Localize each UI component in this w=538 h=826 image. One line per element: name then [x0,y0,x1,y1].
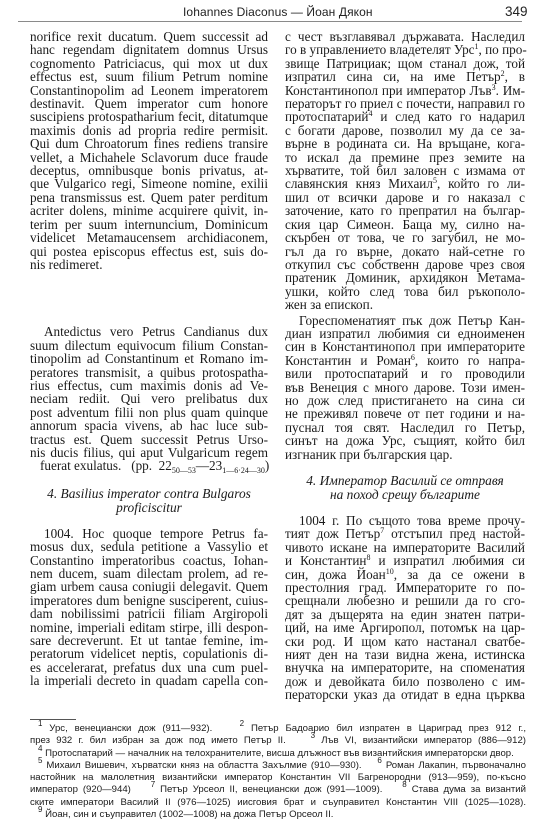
text-line: acriter dolens, minime acquirere quivit,… [30,204,268,217]
text-line: post adventum filii non plus quam quinqu… [30,406,268,419]
text-line: то искал да премине през земите на [285,151,525,164]
bulgarian-paragraph-2: Гореспоменатият пък дож Петър Кан-диан и… [285,314,525,461]
latin-citation-tail: fuerat exulatus. [40,458,121,473]
text-line: го в управлението владетелят Урс1, по пр… [285,43,525,56]
text-line: la imperiali decreto in quadam capella c… [30,674,268,687]
footnote-line: 5 Михаил Вишевич, хърватски княз на обла… [30,760,526,772]
text-line: cognomento Patriciacus, qui mox ut dux [30,57,268,70]
text-line: hanc regendam dignitatem domnus Ursus [30,43,268,56]
text-line: effectus est, suum filium Petrum nomine [30,70,268,83]
text-line: изпратил сина си, на име Петър2, в [285,70,525,83]
page-header: Iohannes Diaconus — Йоан Дякон 349 [0,0,538,24]
text-line: annorum spacia vivens, ab hac luce sub- [30,419,268,432]
page-number: 349 [505,4,528,19]
text-line: Константинопол при император Лъв3. Им- [285,84,525,97]
text-line: славянския княз Михаил5, който го ли- [285,177,525,190]
footnote-ref[interactable]: 10 [386,567,394,576]
text-line: Константин и Роман6, които го напра- [285,354,525,367]
latin-paragraph-1: norifice rexit ducatum. Quem successit a… [30,30,268,271]
text-line: Гореспоменатият пък дож Петър Кан- [285,314,525,327]
footnotes: 1 Урс, венециански дож (911—932). 2 Петъ… [30,723,526,821]
text-line: nem ducem, suam dilectam prolem, ad re- [30,567,268,580]
citation: (pp. 2250—53—231—6·24—30) [125,458,270,473]
latin-column: norifice rexit ducatum. Quem successit a… [30,30,268,688]
text-line: ушки, който след това бил ръкополо- [285,285,525,298]
text-line: вили протоспатарий и го проводили [285,367,525,380]
text-line: Qui dum Chroatorum fines rediens transir… [30,137,268,150]
text-line: deceptus, omnibusque bonis privatus, at- [30,164,268,177]
bulgarian-section-heading: 4. Император Василий се отправя на поход… [285,474,525,502]
text-line: скърбен от това, че го загубил, не мо- [285,231,525,244]
footnote-line: ските императори Василий II (976—1025) и… [30,797,526,809]
text-line: чивото искане на императорите Василий [285,541,525,554]
bulgarian-paragraph-3: 1004 г. По същото това време прочу-тият … [285,514,525,702]
text-line: tinopolim ad Constantinum et Romano im- [30,352,268,365]
text-line: с богати дарове, позволил му да се за- [285,124,525,137]
text-line: nis redimeret. [30,258,268,271]
text-line: синът на дожа Урс, същият, който бил [285,434,525,447]
spacer [30,515,268,527]
text-line: дят за дъщерята на един знатен патри- [285,608,525,621]
text-line: dam nobilissimi patricii filiam Argiropo… [30,607,268,620]
footnote-line: 4 Протоспатарий — началник на телохранит… [30,748,526,760]
text-line: жен за епископ. [285,298,525,311]
footnote-line: настойник на малолетния византийски импе… [30,772,526,784]
text-line: 1004 г. По същото това време прочу- [285,514,525,527]
text-line: шил от всички дарове и го наказал с [285,191,525,204]
text-line: син в Константинопол при императорите [285,340,525,353]
text-line: но дож след пристигането на сина си [285,394,525,407]
text-line: диан изпратил любимия си едноименен [285,327,525,340]
text-line: es accelerarat, prefatus dux una cum pue… [30,661,268,674]
text-line: norifice rexit ducatum. Quem successit a… [30,30,268,43]
text-line: suum dilectum equivocum filium Constan- [30,339,268,352]
text-line: престолния град. Императорите го по- [285,581,525,594]
text-line: 1004. Hoc quoque tempore Petrus fa- [30,527,268,540]
text-line: тият дож Петър7 отстъпил пред настой- [285,527,525,540]
footnote-line: 9 Йоан, син и съуправител (1002—1008) на… [30,809,526,821]
text-line: imperatores dum benigne susciperent, cui… [30,594,268,607]
text-line: terim per suum internuncium, Dominicum [30,218,268,231]
bulgarian-column: с чест възглавявал държавата. Наследилго… [285,30,525,702]
text-line: заточение, като го препратил на българ- [285,204,525,217]
text-line: nomine, imperiali editam stirpe, illi de… [30,621,268,634]
text-line: ператорски указ да отидат в една църква [285,688,525,701]
latin-section-heading: 4. Basilius imperator contra Bulgaros pr… [30,487,268,515]
text-line: не преживял повече от пет години и на- [285,407,525,420]
text-line: pena transmissus est. Quem pater perditu… [30,191,268,204]
text-line: Constantinopolim ad Leonem imperatorem [30,84,268,97]
text-line: изгнаник при българския цар. [285,448,525,461]
text-line: giam urbem causa coniugii delegavit. Que… [30,580,268,593]
header-rule [18,21,522,22]
text-line: във Венеция с много дарове. Този имен- [285,381,525,394]
text-line: peratorum videlicet neptis, copulationis… [30,647,268,660]
text-line: neciam rediit. Qui vero prelibatus dux [30,392,268,405]
text-line: с чест възглавявал държавата. Наследил [285,30,525,43]
text-line: ски род. И щом като настанал сватбе- [285,635,525,648]
text-line: и Константин8 и изпратил любимия си [285,554,525,567]
text-line: протоспатарий4 и след като го надарил [285,110,525,123]
latin-paragraph-3: 1004. Hoc quoque tempore Petrus fa-mosus… [30,527,268,688]
text-line: maximis donis ad propria redire permisit… [30,124,268,137]
text-line: срещнали любезно и решили да го сго- [285,594,525,607]
text-line: гъл да го върне, докато най-сетне го [285,245,525,258]
text-line: звище Патрициак; щом станал дож, той [285,57,525,70]
text-line: ператорът го приел с почести, направил г… [285,97,525,110]
text-line: vellet, a Michahele Sclavorum duce fraud… [30,151,268,164]
bulgarian-paragraph-1: с чест възглавявал държавата. Наследилго… [285,30,525,312]
text-line: Constantino imperatoribus coactus, Iohan… [30,554,268,567]
text-line: син, дожа Йоан10, за да се ожени в [285,568,525,581]
text-line: пуснал тоя свят. Наследил го Петър, [285,421,525,434]
text-line: откупил със собственн дарове чрез своя [285,258,525,271]
text-line: sare decreverunt. Et ut tantae femine, i… [30,634,268,647]
footnote-line: 1 Урс, венециански дож (911—932). 2 Петъ… [30,723,526,735]
text-line: ният ден на тази видна жена, истинска [285,648,525,661]
text-line: que Vulgarico regi, Simeone nomine, exil… [30,177,268,190]
text-line: videlicet Metamaucensem archidiaconem, [30,231,268,244]
text-line: ций, на име Аргиропол, потомък на цар- [285,621,525,634]
text-line: mosus dux, sedula petitione a Vassylio e… [30,540,268,553]
spacer [30,271,268,325]
text-line: ския цар Симеон. Баща му, силно на- [285,218,525,231]
text-line: tractus est. Quem successit Petrus Urso- [30,433,268,446]
text-line: suscipiens protospatharium fecit, ditatu… [30,110,268,123]
text-line: хърватите, той бил заловен с измама от [285,164,525,177]
text-line: qui postea episcopus effectus est, suis … [30,245,268,258]
running-title: Iohannes Diaconus — Йоан Дякон [183,5,373,19]
footnote-line: през 932 г. бил избран за дож под името … [30,735,526,747]
latin-paragraph-2: Antedictus vero Petrus Candianus duxsuum… [30,325,268,459]
text-line: внучка на императорите, на споменатия [285,661,525,674]
text-line: пратеник Доминик, архидякон Метама- [285,271,525,284]
text-line: peratores transmisit, a quibus protospat… [30,366,268,379]
text-line: върне в родината си. На връщане, кога- [285,137,525,150]
footnote-rule [30,719,76,720]
text-line: rius effectus, cum maximis donis ad Ve- [30,379,268,392]
footnote-line: император (920—944) 7 Петър Урсеол II, в… [30,784,526,796]
text-line: Antedictus vero Petrus Candianus dux [30,325,268,338]
text-line: дож и девойката било позволено с им- [285,675,525,688]
text-line: destinavit. Quem imperator cum honore [30,97,268,110]
text-line: nis ducis filius, qui aput Vulgaricum re… [30,446,268,459]
latin-citation-line: fuerat exulatus. (pp. 2250—53—231—6·24—3… [40,459,268,472]
